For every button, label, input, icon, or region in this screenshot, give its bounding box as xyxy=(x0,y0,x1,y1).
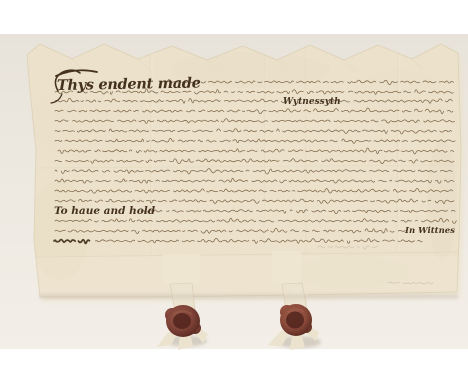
auction-photo-page: Thys endent made Wytnessyth To haue and … xyxy=(0,0,468,382)
habendum-phrase-text: To haue and hold xyxy=(54,205,156,217)
opening-phrase-text: Thys endent made xyxy=(57,74,201,94)
photograph-of-indenture: Thys endent made Wytnessyth To haue and … xyxy=(0,0,468,382)
witness-phrase-text: In Wittnes xyxy=(404,226,455,236)
wax-seal-right xyxy=(280,304,312,336)
witnesseth-word-text: Wytnessyth xyxy=(283,97,341,107)
seal-impression xyxy=(286,312,304,329)
bottom-edge-shadow xyxy=(40,294,458,299)
seal-impression xyxy=(173,313,191,329)
